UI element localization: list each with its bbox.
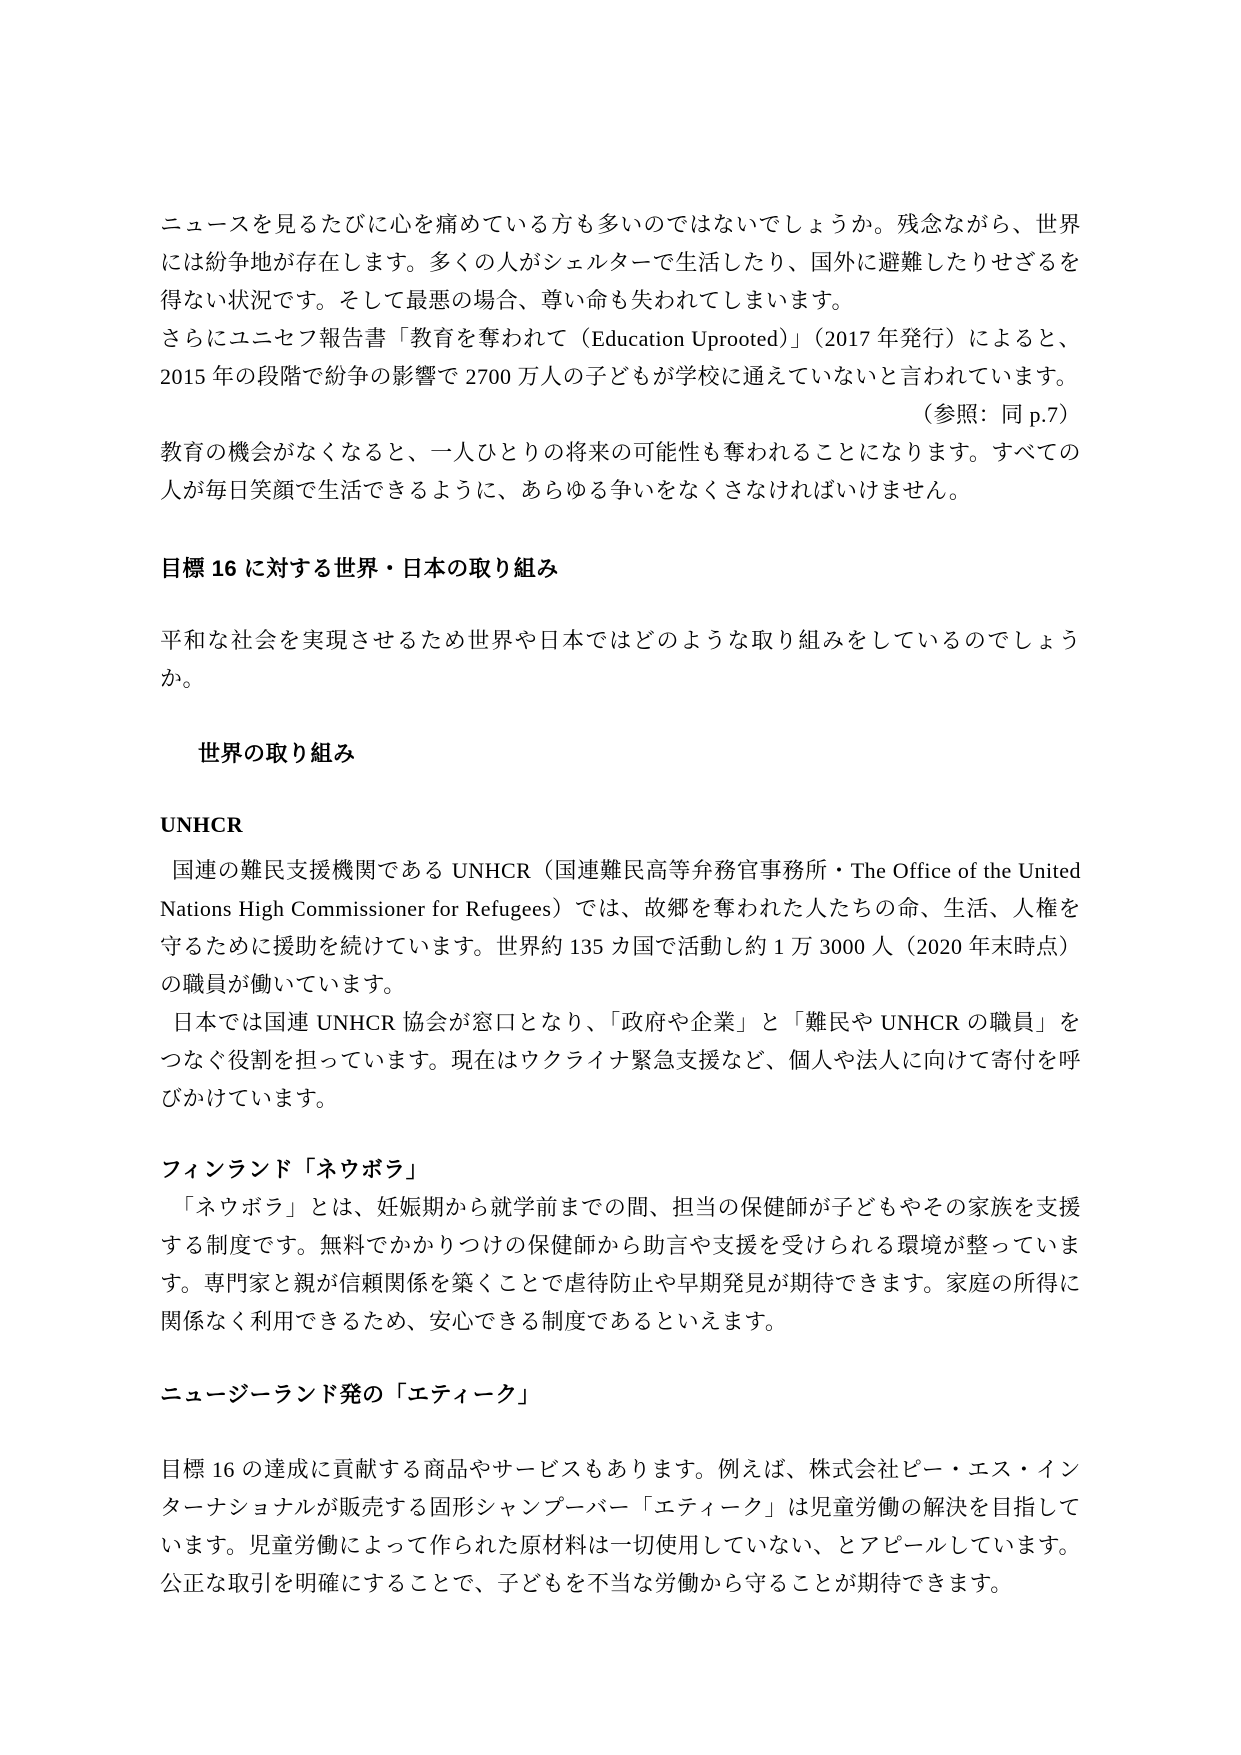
subsection-heading-finland-neuvola: フィンランド「ネウボラ」 xyxy=(160,1151,1081,1189)
paragraph-unicef-report: さらにユニセフ報告書「教育を奪われて（Education Uprooted）」（… xyxy=(160,320,1081,396)
paragraph-unhcr-overview: 国連の難民支援機関である UNHCR（国連難民高等弁務官事務所・The Offi… xyxy=(160,852,1081,1004)
paragraph-ethique-description: 目標 16 の達成に貢献する商品やサービスもあります。例えば、株式会社ピー・エス… xyxy=(160,1451,1081,1603)
subsection-heading-unhcr: UNHCR xyxy=(160,806,1081,844)
paragraph-education-opportunity: 教育の機会がなくなると、一人ひとりの将来の可能性も奪われることになります。すべて… xyxy=(160,434,1081,510)
section-heading-goal16-initiatives: 目標 16 に対する世界・日本の取り組み xyxy=(160,550,1081,588)
document-page: ニュースを見るたびに心を痛めている方も多いのではないでしょうか。残念ながら、世界… xyxy=(0,0,1241,1755)
paragraph-intro-question: 平和な社会を実現させるため世界や日本ではどのような取り組みをしているのでしょうか… xyxy=(160,622,1081,698)
paragraph-conflict-news: ニュースを見るたびに心を痛めている方も多いのではないでしょうか。残念ながら、世界… xyxy=(160,206,1081,320)
paragraph-neuvola-description: 「ネウボラ」とは、妊娠期から就学前までの間、担当の保健師が子どもやその家族を支援… xyxy=(160,1189,1081,1341)
citation-reference: （参照：同 p.7） xyxy=(160,396,1081,434)
subsection-heading-newzealand-ethique: ニュージーランド発の「エティーク」 xyxy=(160,1376,1081,1414)
paragraph-unhcr-japan: 日本では国連 UNHCR 協会が窓口となり、「政府や企業」と「難民や UNHCR… xyxy=(160,1004,1081,1118)
subsection-heading-world-initiatives: 世界の取り組み xyxy=(160,735,1081,773)
